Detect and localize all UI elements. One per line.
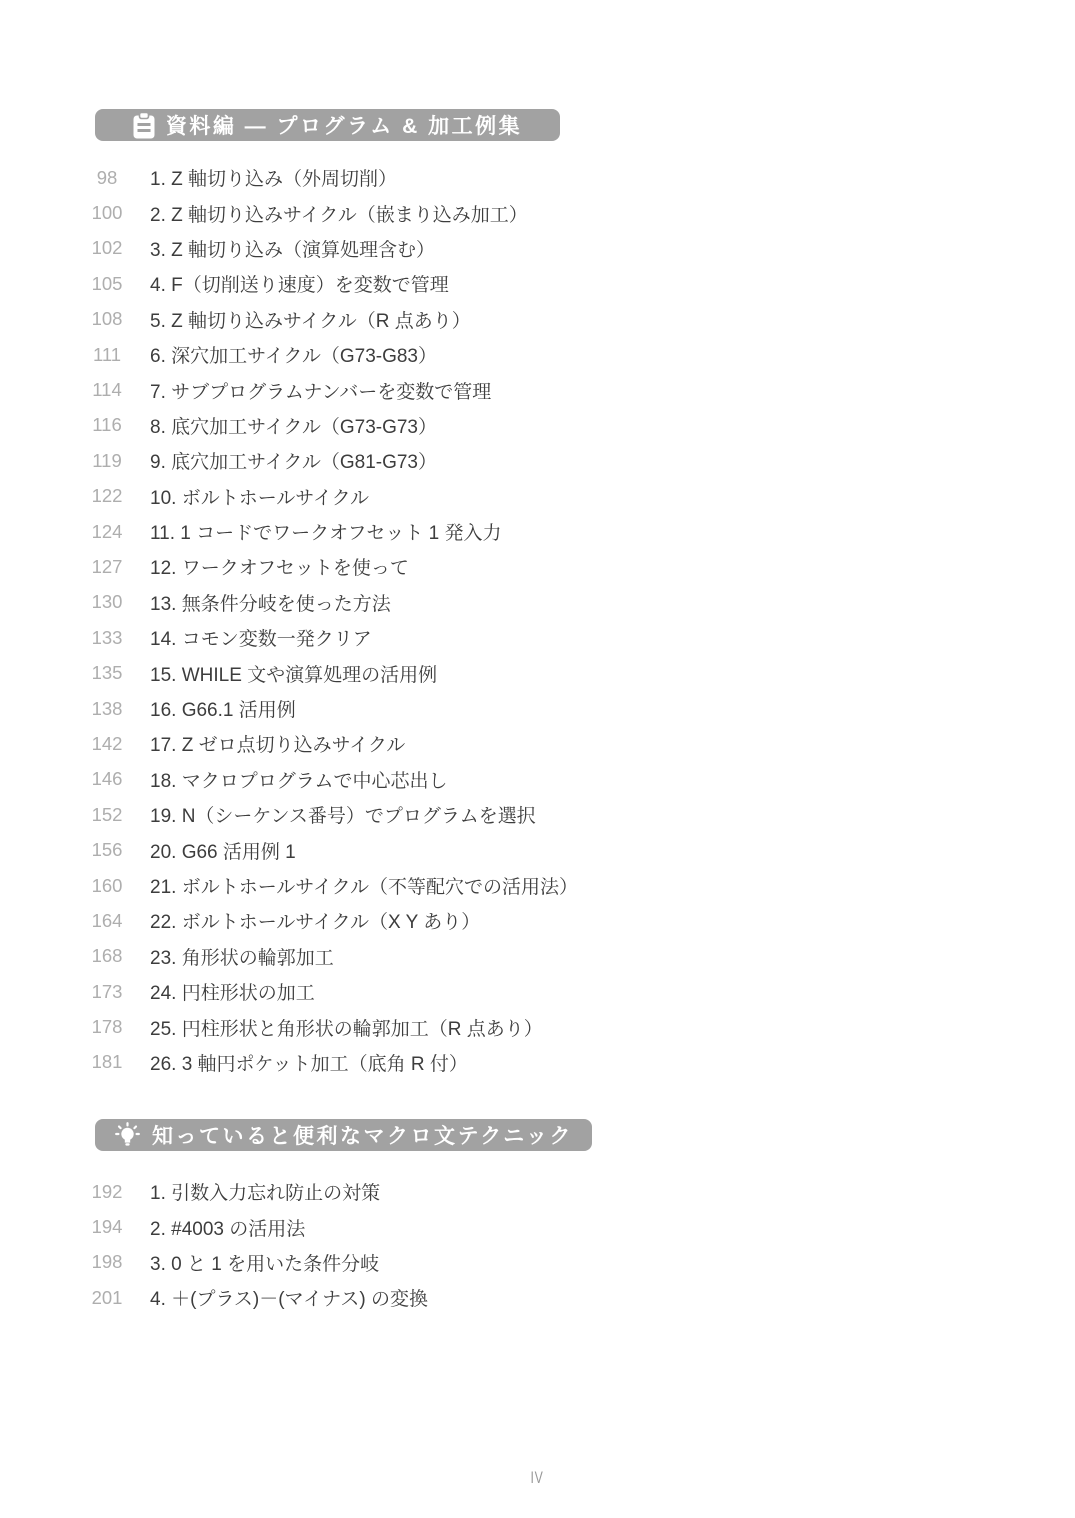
toc-page-number: 105 bbox=[84, 273, 130, 295]
page-footer: IV bbox=[0, 1468, 1075, 1488]
toc-entry-title: 1. 引数入力忘れ防止の対策 bbox=[150, 1178, 380, 1205]
toc-entry-title: 5. Z 軸切り込みサイクル（R 点あり） bbox=[150, 306, 471, 333]
clipboard-icon bbox=[133, 112, 155, 139]
toc-entry: 127 12. ワークオフセットを使って bbox=[84, 549, 578, 584]
toc-entry: 194 2. #4003 の活用法 bbox=[84, 1209, 592, 1244]
toc-page-number: 164 bbox=[84, 910, 130, 932]
toc-page-number: 198 bbox=[84, 1251, 130, 1273]
toc-entry: 105 4. F（切削送り速度）を変数で管理 bbox=[84, 266, 578, 301]
toc-entry-title: 6. 深穴加工サイクル（G73-G83） bbox=[150, 341, 437, 368]
toc-entry-title: 11. 1 コードでワークオフセット 1 発入力 bbox=[150, 518, 502, 545]
toc-page-number: 192 bbox=[84, 1181, 130, 1203]
toc-page-number: 160 bbox=[84, 875, 130, 897]
toc-entry: 133 14. コモン変数一発クリア bbox=[84, 620, 578, 655]
toc-entry: 142 17. Z ゼロ点切り込みサイクル bbox=[84, 726, 578, 761]
toc-entry: 138 16. G66.1 活用例 bbox=[84, 691, 578, 726]
toc-entry-title: 22. ボルトホールサイクル（X Y あり） bbox=[150, 907, 480, 934]
toc-entry-title: 4. ＋(プラス)－(マイナス) の変換 bbox=[150, 1284, 428, 1311]
toc-page-number: 168 bbox=[84, 945, 130, 967]
toc-entry-title: 12. ワークオフセットを使って bbox=[150, 553, 409, 580]
toc-entry-title: 13. 無条件分岐を使った方法 bbox=[150, 589, 391, 616]
toc-entry: 168 23. 角形状の輪郭加工 bbox=[84, 939, 578, 974]
toc-entry-title: 8. 底穴加工サイクル（G73-G73） bbox=[150, 412, 437, 439]
toc-page-number: 127 bbox=[84, 556, 130, 578]
toc-page-number: 194 bbox=[84, 1216, 130, 1238]
toc-entry: 181 26. 3 軸円ポケット加工（底角 R 付） bbox=[84, 1045, 578, 1080]
toc-entry: 108 5. Z 軸切り込みサイクル（R 点あり） bbox=[84, 302, 578, 337]
toc-entry: 122 10. ボルトホールサイクル bbox=[84, 479, 578, 514]
section-badge: 資料編 — プログラム & 加工例集 bbox=[95, 109, 560, 141]
section-badge: 知っていると便利なマクロ文テクニック bbox=[95, 1119, 592, 1151]
toc-page-number: 146 bbox=[84, 768, 130, 790]
toc-entry-title: 23. 角形状の輪郭加工 bbox=[150, 943, 334, 970]
toc-entry-title: 2. #4003 の活用法 bbox=[150, 1214, 305, 1241]
toc-list: 192 1. 引数入力忘れ防止の対策 194 2. #4003 の活用法 198… bbox=[84, 1174, 592, 1316]
toc-entry: 111 6. 深穴加工サイクル（G73-G83） bbox=[84, 337, 578, 372]
toc-page-number: 116 bbox=[84, 414, 130, 436]
toc-entry-title: 9. 底穴加工サイクル（G81-G73） bbox=[150, 447, 437, 474]
toc-page-number: 142 bbox=[84, 733, 130, 755]
toc-entry: 198 3. 0 と 1 を用いた条件分岐 bbox=[84, 1245, 592, 1280]
toc-page-number: 181 bbox=[84, 1051, 130, 1073]
toc-entry: 124 11. 1 コードでワークオフセット 1 発入力 bbox=[84, 514, 578, 549]
toc-list: 98 1. Z 軸切り込み（外周切削） 100 2. Z 軸切り込みサイクル（嵌… bbox=[84, 160, 578, 1080]
toc-entry-title: 26. 3 軸円ポケット加工（底角 R 付） bbox=[150, 1049, 468, 1076]
toc-page-number: 201 bbox=[84, 1287, 130, 1309]
toc-page-number: 138 bbox=[84, 698, 130, 720]
toc-entry-title: 3. Z 軸切り込み（演算処理含む） bbox=[150, 235, 435, 262]
toc-entry-title: 24. 円柱形状の加工 bbox=[150, 978, 315, 1005]
toc-entry: 130 13. 無条件分岐を使った方法 bbox=[84, 585, 578, 620]
toc-entry-title: 15. WHILE 文や演算処理の活用例 bbox=[150, 660, 437, 687]
toc-entry-title: 1. Z 軸切り込み（外周切削） bbox=[150, 164, 397, 191]
toc-entry: 114 7. サブプログラムナンバーを変数で管理 bbox=[84, 372, 578, 407]
toc-page: 資料編 — プログラム & 加工例集 98 1. Z 軸切り込み（外周切削） 1… bbox=[0, 0, 1075, 1518]
toc-page-number: 178 bbox=[84, 1016, 130, 1038]
toc-page-number: 102 bbox=[84, 237, 130, 259]
toc-entry-title: 19. N（シーケンス番号）でプログラムを選択 bbox=[150, 801, 536, 828]
toc-page-number: 124 bbox=[84, 521, 130, 543]
toc-entry: 98 1. Z 軸切り込み（外周切削） bbox=[84, 160, 578, 195]
toc-entry-title: 21. ボルトホールサイクル（不等配穴での活用法） bbox=[150, 872, 578, 899]
toc-entry-title: 16. G66.1 活用例 bbox=[150, 695, 296, 722]
toc-entry: 201 4. ＋(プラス)－(マイナス) の変換 bbox=[84, 1280, 592, 1315]
toc-entry: 135 15. WHILE 文や演算処理の活用例 bbox=[84, 655, 578, 690]
toc-entry-title: 20. G66 活用例 1 bbox=[150, 837, 296, 864]
toc-entry: 173 24. 円柱形状の加工 bbox=[84, 974, 578, 1009]
toc-entry: 100 2. Z 軸切り込みサイクル（嵌まり込み加工） bbox=[84, 195, 578, 230]
toc-entry: 164 22. ボルトホールサイクル（X Y あり） bbox=[84, 903, 578, 938]
toc-entry-title: 14. コモン変数一発クリア bbox=[150, 624, 372, 651]
toc-page-number: 135 bbox=[84, 662, 130, 684]
section-title: 資料編 — プログラム & 加工例集 bbox=[166, 110, 522, 140]
section-programs: 資料編 — プログラム & 加工例集 98 1. Z 軸切り込み（外周切削） 1… bbox=[84, 109, 578, 1080]
toc-entry: 116 8. 底穴加工サイクル（G73-G73） bbox=[84, 408, 578, 443]
toc-entry: 146 18. マクロプログラムで中心芯出し bbox=[84, 762, 578, 797]
toc-entry-title: 25. 円柱形状と角形状の輪郭加工（R 点あり） bbox=[150, 1014, 543, 1041]
toc-entry-title: 7. サブプログラムナンバーを変数で管理 bbox=[150, 377, 491, 404]
toc-page-number: 98 bbox=[84, 167, 130, 189]
toc-entry-title: 3. 0 と 1 を用いた条件分岐 bbox=[150, 1249, 379, 1276]
toc-page-number: 100 bbox=[84, 202, 130, 224]
toc-entry: 152 19. N（シーケンス番号）でプログラムを選択 bbox=[84, 797, 578, 832]
toc-page-number: 152 bbox=[84, 804, 130, 826]
toc-entry: 160 21. ボルトホールサイクル（不等配穴での活用法） bbox=[84, 868, 578, 903]
toc-entry-title: 4. F（切削送り速度）を変数で管理 bbox=[150, 270, 449, 297]
toc-page-number: 173 bbox=[84, 981, 130, 1003]
section-macro-tips: 知っていると便利なマクロ文テクニック 192 1. 引数入力忘れ防止の対策 19… bbox=[84, 1119, 592, 1316]
toc-entry-title: 18. マクロプログラムで中心芯出し bbox=[150, 766, 448, 793]
toc-entry-title: 17. Z ゼロ点切り込みサイクル bbox=[150, 730, 405, 757]
toc-entry-title: 2. Z 軸切り込みサイクル（嵌まり込み加工） bbox=[150, 200, 528, 227]
toc-page-number: 108 bbox=[84, 308, 130, 330]
toc-entry: 102 3. Z 軸切り込み（演算処理含む） bbox=[84, 231, 578, 266]
toc-entry: 119 9. 底穴加工サイクル（G81-G73） bbox=[84, 443, 578, 478]
toc-entry: 192 1. 引数入力忘れ防止の対策 bbox=[84, 1174, 592, 1209]
toc-entry-title: 10. ボルトホールサイクル bbox=[150, 483, 369, 510]
toc-page-number: 156 bbox=[84, 839, 130, 861]
lightbulb-icon bbox=[114, 1122, 141, 1149]
toc-page-number: 133 bbox=[84, 627, 130, 649]
toc-page-number: 114 bbox=[84, 379, 130, 401]
toc-page-number: 122 bbox=[84, 485, 130, 507]
toc-page-number: 130 bbox=[84, 591, 130, 613]
toc-entry: 178 25. 円柱形状と角形状の輪郭加工（R 点あり） bbox=[84, 1009, 578, 1044]
toc-page-number: 111 bbox=[84, 344, 130, 366]
toc-entry: 156 20. G66 活用例 1 bbox=[84, 832, 578, 867]
page-number: IV bbox=[531, 1468, 544, 1488]
section-title: 知っていると便利なマクロ文テクニック bbox=[152, 1120, 573, 1150]
toc-page-number: 119 bbox=[84, 450, 130, 472]
